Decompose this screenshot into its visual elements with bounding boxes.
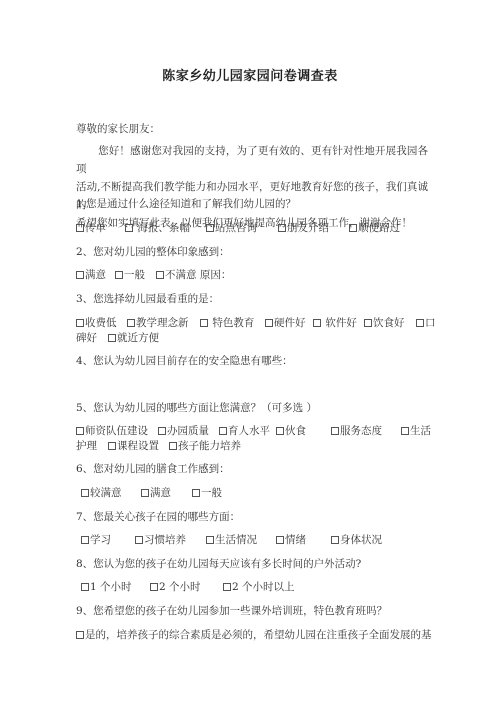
checkbox-icon[interactable] [401,427,409,435]
checkbox-icon[interactable] [141,489,149,497]
checkbox-icon[interactable] [206,224,214,232]
checkbox-icon[interactable] [81,489,89,497]
question-7-options: 学习 习惯培养 生活情况 情绪 身体状况 [76,533,436,547]
question-8-label: 8、您认为您的孩子在幼儿园每天应该有多长时间的户外活动? [76,557,361,571]
checkbox-icon[interactable] [108,334,116,342]
checkbox-option[interactable]: 身体状况 [331,533,382,547]
question-3-options-line-1: 收费低 教学理念新 特色教育 硬件好 软件好 饮食好 口 [76,316,436,330]
checkbox-option[interactable]: 伙食 [276,424,306,438]
checkbox-option[interactable]: 较满意 [81,486,122,500]
checkbox-option[interactable]: 2 个小时 [150,580,201,594]
checkbox-option[interactable]: 传单 [76,221,106,235]
checkbox-option[interactable]: 一般 [115,268,145,282]
checkbox-icon[interactable] [364,319,372,327]
checkbox-option[interactable]: 教学理念新 [127,316,189,330]
question-3-options-line-2: 碑好 就近方便 [76,331,436,345]
checkbox-icon[interactable] [108,442,116,450]
question-5-options-line-2: 护理 课程设置 孩子能力培养 [76,439,436,453]
checkbox-icon[interactable] [169,442,177,450]
checkbox-icon[interactable] [81,536,89,544]
checkbox-option[interactable]: 生活 [401,424,431,438]
checkbox-icon[interactable] [150,583,158,591]
question-1-label: 1.您是通过什么途径知道和了解我们幼儿园的？ [76,197,296,211]
question-6-options: 较满意 满意 一般 [76,486,436,500]
checkbox-icon[interactable] [76,631,84,639]
checkbox-option[interactable]: 习惯培养 [135,533,186,547]
checkbox-icon[interactable] [223,583,231,591]
checkbox-option[interactable]: 站点咨询 [206,221,257,235]
checkbox-icon[interactable] [81,583,89,591]
checkbox-option[interactable]: 一般 [192,486,222,500]
checkbox-icon[interactable] [158,427,166,435]
checkbox-option[interactable]: 2 个小时以上 [223,580,295,594]
checkbox-icon[interactable] [127,319,135,327]
checkbox-option[interactable]: 收费低 [76,316,117,330]
checkbox-option[interactable]: 软件好 [313,316,357,330]
checkbox-option[interactable]: 1 个小时 [81,580,132,594]
checkbox-icon[interactable] [331,536,339,544]
checkbox-icon[interactable] [115,271,123,279]
checkbox-icon[interactable] [76,427,84,435]
checkbox-icon[interactable] [313,319,321,327]
checkbox-icon[interactable] [76,271,84,279]
checkbox-icon[interactable] [192,489,200,497]
checkbox-option[interactable]: 海报、条幅 [125,221,190,235]
checkbox-option[interactable]: 满意 [141,486,171,500]
question-1-options: 传单 海报、条幅 站点咨询 朋友介绍 顺便路过 [76,221,436,235]
document-page: 陈家乡幼儿园家园问卷调查表 尊敬的家长朋友： 您好！感谢您对我园的支持，为了更有… [0,0,500,708]
checkbox-icon[interactable] [125,224,133,232]
checkbox-option[interactable]: 就近方便 [108,331,159,345]
intro-paragraph: 您好！感谢您对我园的支持，为了更有效的、更有针对性地开展我园各项 活动,不断提高… [76,142,428,232]
checkbox-icon[interactable] [278,224,286,232]
checkbox-option[interactable]: 育人水平 [219,424,270,438]
question-8-options: 1 个小时 2 个小时 2 个小时以上 [76,580,436,594]
checkbox-icon[interactable] [276,427,284,435]
question-4-label: 4、您认为幼儿园目前存在的安全隐患有哪些： [76,354,293,368]
checkbox-option[interactable]: 办园质量 [158,424,209,438]
checkbox-icon[interactable] [331,427,339,435]
option-continuation: 护理 [76,439,97,453]
checkbox-option[interactable]: 生活情况 [206,533,257,547]
checkbox-icon[interactable] [135,536,143,544]
question-7-label: 7、您最关心孩子在园的哪些方面： [76,510,240,524]
question-9-options: 是的，培养孩子的综合素质是必须的，希望幼儿园在注重孩子全面发展的基 [76,628,436,642]
checkbox-option[interactable]: 孩子能力培养 [169,439,241,453]
checkbox-icon[interactable] [156,271,164,279]
checkbox-icon[interactable] [76,319,84,327]
checkbox-icon[interactable] [349,224,357,232]
checkbox-option[interactable]: 口 [416,316,436,330]
checkbox-option[interactable]: 学习 [81,533,111,547]
checkbox-icon[interactable] [276,536,284,544]
checkbox-option[interactable]: 饮食好 [364,316,405,330]
intro-line-1: 您好！感谢您对我园的支持，为了更有效的、更有针对性地开展我园各项 [76,142,428,178]
checkbox-icon[interactable] [206,536,214,544]
question-5-options-line-1: 师资队伍建设 办园质量 育人水平 伙食 服务态度 生活 [76,424,436,438]
question-6-label: 6、您对幼儿园的膳食工作感到： [76,462,230,476]
checkbox-option[interactable]: 朋友介绍 [278,221,329,235]
checkbox-icon[interactable] [200,319,208,327]
checkbox-option[interactable]: 顺便路过 [349,221,400,235]
question-5-label: 5、您认为幼儿园的哪些方面让您满意？（可多选 ） [76,401,317,415]
question-3-label: 3、您选择幼儿园最看重的是： [76,292,219,306]
checkbox-option[interactable]: 硬件好 [265,316,306,330]
checkbox-option[interactable]: 师资队伍建设 [76,424,148,438]
checkbox-icon[interactable] [265,319,273,327]
question-9-label: 9、您希望您的孩子在幼儿园参加一些课外培训班，特色教育班吗？ [76,604,387,618]
checkbox-icon[interactable] [416,319,424,327]
greeting: 尊敬的家长朋友： [76,122,160,136]
question-2-label: 2、您对幼儿园的整体印象感到： [76,245,230,259]
checkbox-option[interactable]: 满意 [76,268,106,282]
checkbox-option[interactable]: 课程设置 [108,439,159,453]
checkbox-option[interactable]: 服务态度 [331,424,382,438]
checkbox-option[interactable]: 是的，培养孩子的综合素质是必须的，希望幼儿园在注重孩子全面发展的基 [76,628,432,642]
document-title: 陈家乡幼儿园家园问卷调查表 [0,65,500,84]
checkbox-icon[interactable] [219,427,227,435]
checkbox-icon[interactable] [76,224,84,232]
checkbox-option[interactable]: 情绪 [276,533,306,547]
checkbox-option[interactable]: 不满意 原因： [156,268,231,282]
question-2-options: 满意 一般 不满意 原因： [76,268,436,282]
checkbox-option[interactable]: 特色教育 [200,316,254,330]
option-continuation: 碑好 [76,331,97,345]
